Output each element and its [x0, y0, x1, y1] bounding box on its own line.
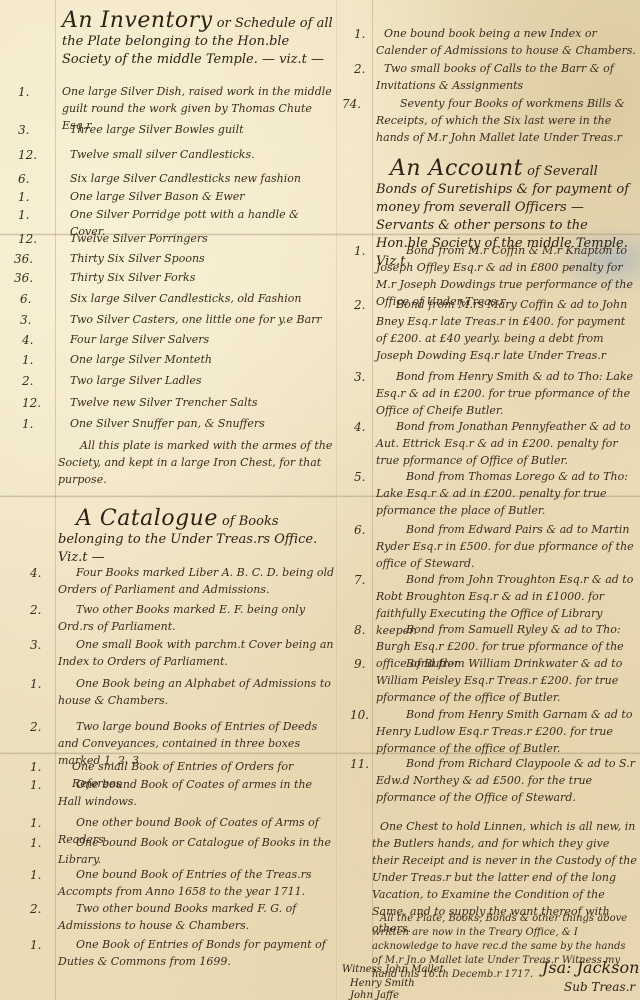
witness-signature: John Jaffe [350, 988, 399, 1000]
inventory-note: All this plate is marked with the armes … [58, 437, 336, 488]
item-qty: 2. [30, 603, 41, 617]
bond-entry: Bond from Thomas Lorego & ad to Tho: Lak… [376, 468, 638, 519]
bond-number: 7. [354, 573, 365, 587]
item-qty: 4. [30, 566, 41, 580]
inventory-item: Thirty Six Silver Spoons [70, 250, 335, 267]
inventory-item: Two large Silver Ladles [70, 372, 335, 389]
item-qty: 1. [30, 760, 41, 774]
item-qty: 3. [30, 638, 41, 652]
item-qty: 4. [22, 333, 33, 347]
catalogue-item: One bound book being a new Index or Cale… [376, 25, 638, 59]
inventory-item: Twelve small silver Candlesticks. [70, 146, 335, 163]
item-qty: 2. [354, 62, 365, 76]
bond-entry: Bond from M.rs Mary Coffin & ad to John … [376, 296, 638, 364]
inventory-item: Three large Silver Bowles guilt [70, 121, 335, 138]
item-qty: 1. [30, 778, 41, 792]
catalogue-item: One small Book with parchm.t Cover being… [58, 636, 338, 670]
item-qty: 12. [18, 148, 37, 162]
inventory-heading: An Inventory or Schedule of all the Plat… [62, 12, 337, 69]
item-qty: 1. [354, 27, 365, 41]
bond-number: 4. [354, 420, 365, 434]
catalogue-item: One bound Book or Catalogue of Books in … [58, 834, 338, 868]
bond-entry: Bond from Henry Smith Garnam & ad to Hen… [376, 706, 638, 757]
item-qty: 1. [30, 868, 41, 882]
bond-entry: Bond from Richard Claypoole & ad to S.r … [376, 755, 638, 806]
bond-number: 9. [354, 657, 365, 671]
bond-entry: Bond from Edward Pairs & ad to Martin Ry… [376, 521, 638, 572]
catalogue-heading: A Catalogue of Books belonging to the Un… [58, 510, 338, 567]
item-qty: 1. [18, 85, 29, 99]
bond-number: 1. [354, 244, 365, 258]
item-qty: 6. [18, 172, 29, 186]
catalogue-item: Two small books of Calls to the Barr & o… [376, 60, 638, 94]
item-qty: 2. [30, 720, 41, 734]
bond-entry: Bond from William Drinkwater & ad to Wil… [376, 655, 638, 706]
item-qty: 3. [20, 313, 31, 327]
catalogue-item: Two other bound Books marked F. G. of Ad… [58, 900, 338, 934]
item-qty: 1. [30, 677, 41, 691]
bond-number: 11. [350, 757, 369, 771]
inventory-item: Four large Silver Salvers [70, 331, 335, 348]
catalogue-item: One bound Book of Entries of the Treas.r… [58, 866, 338, 900]
catalogue-item: Four Books marked Liber A. B. C. D. bein… [58, 564, 338, 598]
bond-number: 6. [354, 523, 365, 537]
catalogue-item: Two other Books marked E. F. being only … [58, 601, 338, 635]
inventory-item: One Silver Snuffer pan, & Snuffers [70, 415, 335, 432]
item-qty: 1. [30, 836, 41, 850]
inventory-item: Two Silver Casters, one little one for y… [70, 311, 335, 328]
catalogue-title: A Catalogue [76, 506, 218, 531]
bond-entry: Bond from Jonathan Pennyfeather & ad to … [376, 418, 638, 469]
catalogue-item: One Book of Entries of Bonds for payment… [58, 936, 338, 970]
inventory-item: Six large Silver Candlesticks, old Fashi… [70, 290, 335, 307]
inventory-item: One large Silver Bason & Ewer [70, 188, 335, 205]
item-qty: 74. [342, 97, 361, 111]
inventory-item: Thirty Six Silver Forks [70, 269, 335, 286]
item-qty: 1. [18, 190, 29, 204]
sub-treasurer-title: Sub Treas.r [564, 980, 635, 995]
inventory-item: Six large Silver Candlesticks new fashio… [70, 170, 335, 187]
item-qty: 1. [30, 938, 41, 952]
bond-number: 2. [354, 298, 365, 312]
item-qty: 1. [22, 417, 33, 431]
bond-entry: Bond from Henry Smith & ad to Tho: Lake … [376, 368, 638, 419]
item-qty: 12. [18, 232, 37, 246]
catalogue-item: Seventy four Books of workmens Bills & R… [376, 95, 638, 146]
item-qty: 36. [14, 252, 33, 266]
witness-signature: Witness John Mallet [342, 962, 444, 977]
item-qty: 1. [18, 208, 29, 222]
catalogue-item: One Book being an Alphabet of Admissions… [58, 675, 338, 709]
item-qty: 2. [30, 902, 41, 916]
item-qty: 1. [30, 816, 41, 830]
account-title: An Account [390, 156, 523, 181]
inventory-item: Twelve Silver Porringers [70, 230, 335, 247]
bond-number: 3. [354, 370, 365, 384]
item-qty: 1. [22, 353, 33, 367]
margin-rule [55, 0, 56, 1000]
bond-number: 5. [354, 470, 365, 484]
item-qty: 6. [20, 292, 31, 306]
item-qty: 12. [22, 396, 41, 410]
item-qty: 36. [14, 271, 33, 285]
item-qty: 3. [18, 123, 29, 137]
bond-number: 8. [354, 623, 365, 637]
sub-treasurer-signature: Jsa: Jackson [542, 960, 639, 975]
item-qty: 2. [22, 374, 33, 388]
bond-number: 10. [350, 708, 369, 722]
catalogue-item: One bound Book of Coates of armes in the… [58, 776, 338, 810]
inventory-title: An Inventory [62, 8, 213, 33]
inventory-item: One large Silver Monteth [70, 351, 335, 368]
inventory-item: Twelve new Silver Trencher Salts [70, 394, 335, 411]
